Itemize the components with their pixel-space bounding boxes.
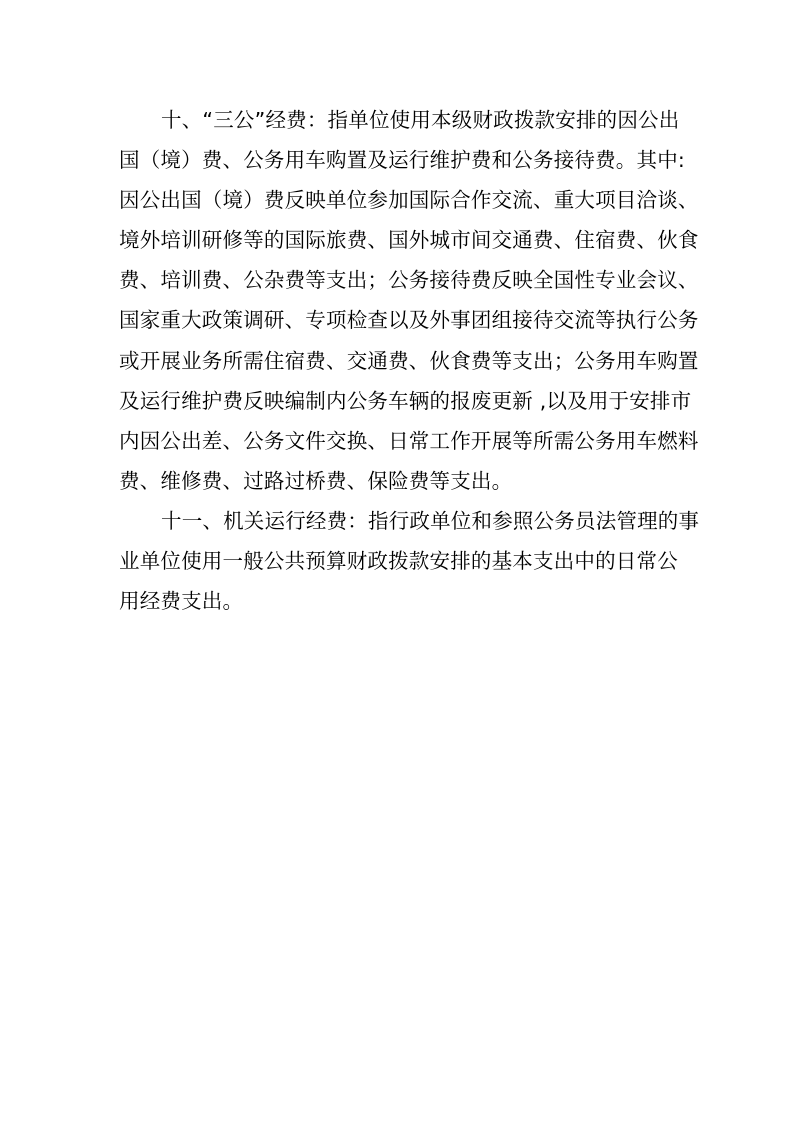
text-line: 国家重大政策调研、专项检查以及外事团组接待交流等执行公务 bbox=[119, 300, 687, 340]
paragraph-agency-operating-expenses: 十一、机关运行经费：指行政单位和参照公务员法管理的事 业单位使用一般公共预算财政… bbox=[119, 501, 687, 621]
text-line: 费、培训费、公杂费等支出；公务接待费反映全国性专业会议、 bbox=[119, 260, 687, 300]
document-page: 十、“三公”经费：指单位使用本级财政拨款安排的因公出 国（境）费、公务用车购置及… bbox=[119, 100, 687, 621]
text-line: 或开展业务所需住宿费、交通费、伙食费等支出；公务用车购置 bbox=[119, 341, 687, 381]
text-line: 境外培训研修等的国际旅费、国外城市间交通费、住宿费、伙食 bbox=[119, 220, 687, 260]
text-line: 及运行维护费反映编制内公务车辆的报废更新 ,以及用于安排市 bbox=[119, 381, 687, 421]
text-line: 用经费支出。 bbox=[119, 581, 687, 621]
text-line: 十一、机关运行经费：指行政单位和参照公务员法管理的事 bbox=[119, 501, 687, 541]
paragraph-san-gong-expenses: 十、“三公”经费：指单位使用本级财政拨款安排的因公出 国（境）费、公务用车购置及… bbox=[119, 100, 687, 501]
text-line: 十、“三公”经费：指单位使用本级财政拨款安排的因公出 bbox=[119, 100, 687, 140]
text-line: 费、维修费、过路过桥费、保险费等支出。 bbox=[119, 461, 687, 501]
text-line: 内因公出差、公务文件交换、日常工作开展等所需公务用车燃料 bbox=[119, 421, 687, 461]
text-line: 国（境）费、公务用车购置及运行维护费和公务接待费。其中: bbox=[119, 140, 687, 180]
text-line: 因公出国（境）费反映单位参加国际合作交流、重大项目洽谈、 bbox=[119, 180, 687, 220]
text-line: 业单位使用一般公共预算财政拨款安排的基本支出中的日常公 bbox=[119, 541, 687, 581]
